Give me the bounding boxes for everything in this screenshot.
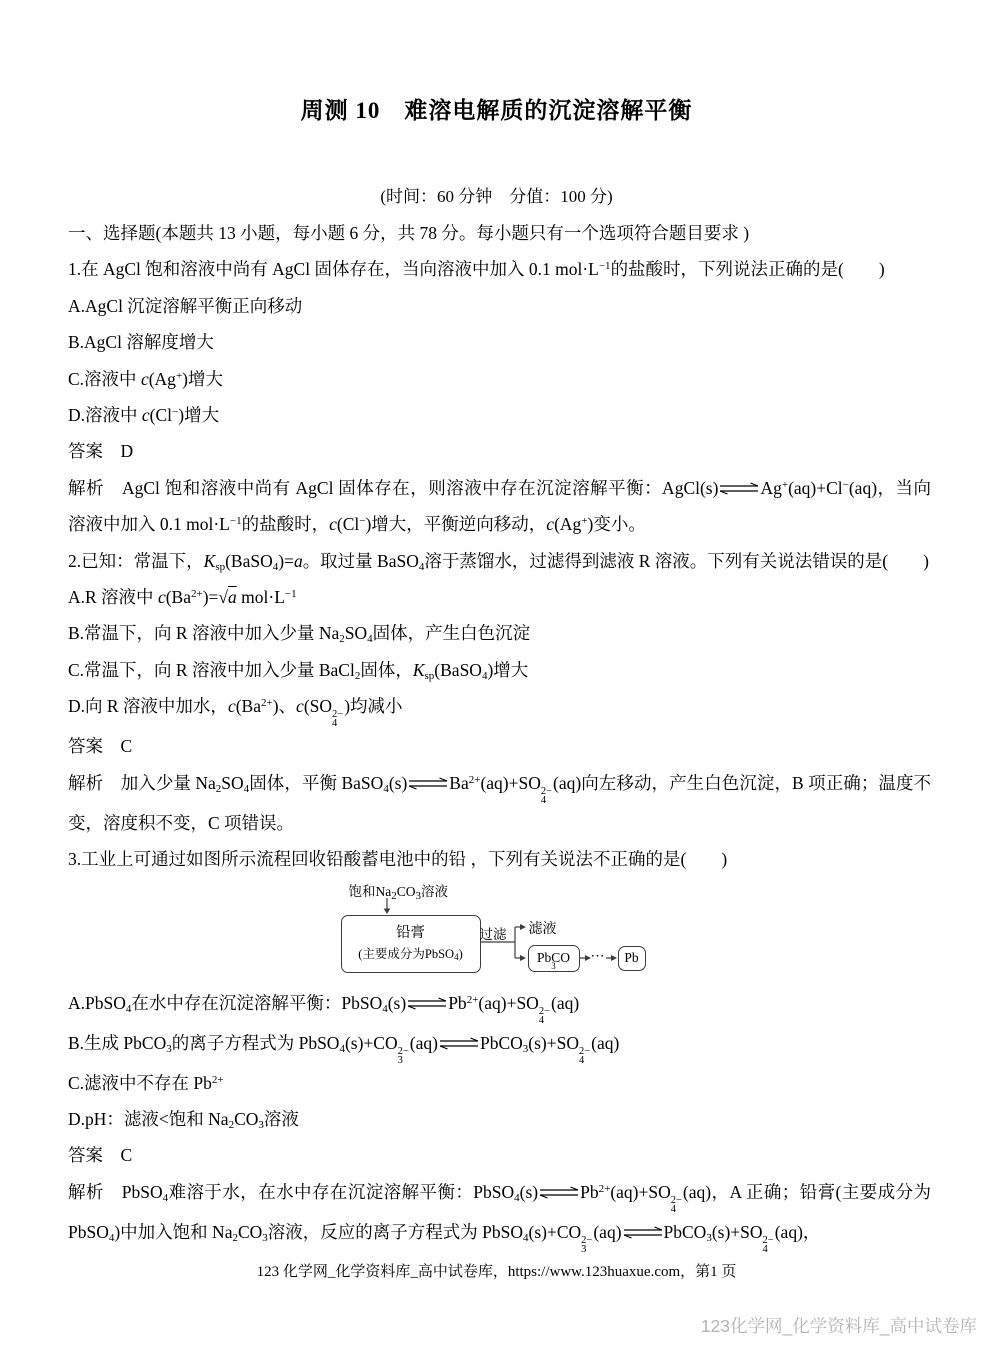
question-2-analysis: 解析 加入少量 Na2SO4固体，平衡 BaSO4(s)Ba2+(aq)+SO2…	[68, 765, 931, 841]
diagram-lead-paste-subtitle: (主要成分为PbSO4)	[358, 945, 463, 964]
question-1-analysis: 解析 AgCl 饱和溶液中尚有 AgCl 固体存在，则溶液中存在沉淀溶解平衡：A…	[68, 470, 931, 543]
question-2-option-d: D.向 R 溶液中加水，c(Ba2+)、c(SO2−4)均减小	[68, 688, 931, 728]
equilibrium-arrow-icon	[439, 1037, 479, 1050]
section-heading: 一、选择题(本题共 13 小题，每小题 6 分，共 78 分。每小题只有一个选项…	[68, 215, 931, 251]
question-2-option-c: C.常温下，向 R 溶液中加入少量 BaCl2固体，Ksp(BaSO4)增大	[68, 652, 931, 688]
question-1-option-a: A.AgCl 沉淀溶解平衡正向移动	[68, 288, 931, 324]
question-3-answer: 答案 C	[68, 1137, 931, 1173]
question-3-analysis: 解析 PbSO4难溶于水，在水中存在沉淀溶解平衡：PbSO4(s)Pb2+(aq…	[68, 1174, 931, 1254]
stacked-charge: 2−4	[579, 1047, 590, 1065]
stacked-charge: 2−4	[332, 710, 343, 728]
stacked-charge: 2−4	[763, 1236, 774, 1254]
diagram-label-filtrate: 滤液	[529, 918, 557, 938]
pb-arrowhead	[611, 955, 617, 961]
question-2: 2.已知：常温下，Ksp(BaSO4)=a。取过量 BaSO4溶于蒸馏水，过滤得…	[68, 543, 931, 579]
diagram-box-lead-paste: 铅膏 (主要成分为PbSO4)	[341, 915, 481, 973]
lead-recovery-flow-diagram: 饱和Na2CO3溶液 铅膏 (主要成分为PbSO4) 过滤 滤液 PbCO3 ⋯…	[337, 883, 657, 975]
question-2-option-a: A.R 溶液中 c(Ba2+)=√a mol·L−1	[68, 579, 931, 615]
stacked-charge: 2−3	[581, 1236, 592, 1254]
question-2-answer: 答案 C	[68, 728, 931, 764]
stacked-charge: 2−4	[539, 1007, 550, 1025]
page-title: 周测 10 难溶电解质的沉淀溶解平衡	[0, 0, 993, 127]
equilibrium-arrow-icon	[408, 777, 448, 790]
diagram-ellipsis: ⋯	[591, 948, 605, 965]
question-1: 1.在 AgCl 饱和溶液中尚有 AgCl 固体存在，当向溶液中加入 0.1 m…	[68, 251, 931, 287]
question-3-option-b: B.生成 PbCO3的离子方程式为 PbSO4(s)+CO2−3(aq)PbCO…	[68, 1025, 931, 1065]
diagram-label-filter: 过滤	[480, 923, 507, 943]
page-footer: 123 化学网_化学资料库_高中试卷库，https://www.123huaxu…	[0, 1256, 993, 1288]
stacked-charge: 2−3	[398, 1047, 409, 1065]
question-1-option-d: D.溶液中 c(Cl−)增大	[68, 397, 931, 433]
equilibrium-arrow-icon	[539, 1186, 579, 1199]
question-3: 3.工业上可通过如图所示流程回收铅酸蓄电池中的铅 ，下列有关说法不正确的是( )	[68, 841, 931, 877]
question-3-option-c: C.滤液中不存在 Pb2+	[68, 1065, 931, 1101]
pbco3-arrowhead	[520, 955, 526, 961]
stacked-charge: 2−4	[541, 787, 552, 805]
diagram-label-saturated-na2co3: 饱和Na2CO3溶液	[349, 880, 449, 900]
questions-block-2: A.PbSO4在水中存在沉淀溶解平衡：PbSO4(s)Pb2+(aq)+SO2−…	[0, 985, 993, 1254]
diagram-lead-paste-title: 铅膏	[396, 923, 425, 945]
exam-info: (时间：60 分钟 分值：100 分)	[0, 179, 993, 215]
diagram-box-pb: Pb	[618, 946, 646, 971]
watermark: 123化学网_化学资料库_高中试卷库	[701, 1313, 977, 1338]
question-1-option-c: C.溶液中 c(Ag+)增大	[68, 361, 931, 397]
question-1-answer: 答案 D	[68, 433, 931, 469]
sqrt-expression: √a	[218, 587, 236, 607]
question-2-option-b: B.常温下，向 R 溶液中加入少量 Na2SO4固体，产生白色沉淀	[68, 615, 931, 651]
questions-block-1: 一、选择题(本题共 13 小题，每小题 6 分，共 78 分。每小题只有一个选项…	[0, 215, 993, 878]
question-3-option-d: D.pH：滤液<饱和 Na2CO3溶液	[68, 1101, 931, 1137]
equilibrium-arrow-icon	[719, 482, 759, 495]
document-page: 周测 10 难溶电解质的沉淀溶解平衡 (时间：60 分钟 分值：100 分) 一…	[0, 0, 993, 1347]
diagram-box-pbco3: PbCO3	[528, 945, 580, 972]
equilibrium-arrow-icon	[623, 1226, 663, 1239]
filtrate-arrowhead	[520, 924, 526, 930]
equilibrium-arrow-icon	[407, 997, 447, 1010]
question-3-option-a: A.PbSO4在水中存在沉淀溶解平衡：PbSO4(s)Pb2+(aq)+SO2−…	[68, 985, 931, 1025]
down-arrowhead	[383, 908, 390, 914]
question-1-option-b: B.AgCl 溶解度增大	[68, 324, 931, 360]
stacked-charge: 2−4	[671, 1196, 682, 1214]
